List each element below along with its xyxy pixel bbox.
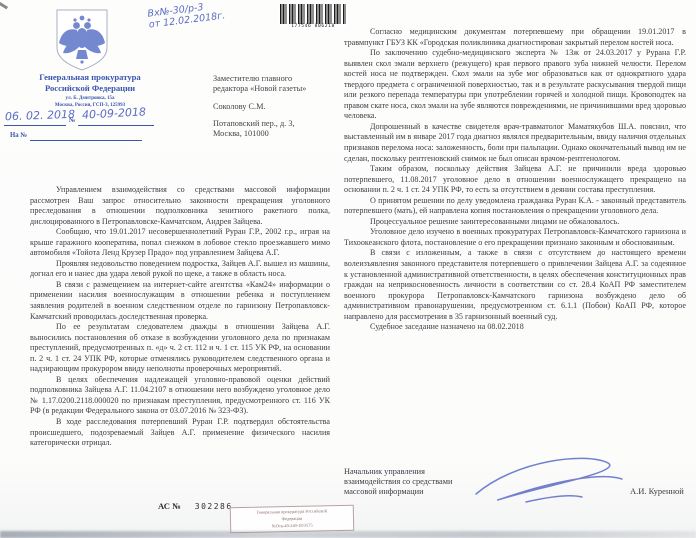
recipient-address-line2: Москва, 101000 bbox=[213, 129, 306, 139]
barcode-digits: 177546 806218 bbox=[279, 24, 347, 29]
recipient-address: Потаповский пер., д. 3, Москва, 101000 bbox=[213, 119, 306, 139]
signer-title: Начальник управления взаимодействия со с… bbox=[344, 467, 452, 498]
scanned-letter: Вх№-30/р-3 от 12.02.2018г. 177546 806218… bbox=[0, 0, 696, 538]
outgoing-number-handwriting: 40-09-2018 bbox=[82, 105, 147, 121]
body-paragraph: Управлением взаимодействия со средствами… bbox=[30, 185, 330, 227]
org-address: ул. Б. Дмитровка, 15а Москва, Россия, ГС… bbox=[10, 96, 170, 109]
body-paragraph: О принятом решении по делу уведомлена гр… bbox=[344, 196, 686, 217]
signer-name: А.И. Куренной bbox=[630, 486, 684, 496]
page2-body: Согласно медицинским документам потерпев… bbox=[344, 27, 686, 333]
body-paragraph: В связи с изложенным, а также в связи с … bbox=[344, 248, 686, 322]
blank-line bbox=[4, 125, 66, 126]
form-number-value: 302286 bbox=[195, 502, 233, 511]
blank-line bbox=[30, 140, 142, 141]
recipient-block: Заместителю главного редактора «Новой га… bbox=[213, 74, 306, 147]
body-paragraph: Таким образом, поскольку действия Зайцев… bbox=[344, 164, 686, 196]
recipient-line2: редактора «Новой газеты» bbox=[213, 84, 306, 94]
body-paragraph: Уголовное дело изучено в военных прокура… bbox=[344, 227, 686, 248]
org-name-line2: Российской Федерации bbox=[10, 83, 170, 94]
body-paragraph: Допрошенный в качестве свидетеля врач-тр… bbox=[344, 122, 686, 164]
body-paragraph: В целях обеспечения надлежащей уголовно-… bbox=[30, 375, 330, 417]
body-paragraph: По ее результатам следователем дважды в … bbox=[30, 322, 330, 375]
body-paragraph: Согласно медицинским документам потерпев… bbox=[344, 27, 686, 48]
signer-title-line3: массовой информации bbox=[344, 487, 452, 497]
recipient-address-line1: Потаповский пер., д. 3, bbox=[213, 119, 306, 129]
stamp-line3: №Отв-40-249-18/3575 bbox=[232, 521, 352, 530]
scan-artifact-mark bbox=[0, 2, 8, 10]
signer-title-line2: взаимодействия со средствами bbox=[344, 477, 452, 487]
blank-line bbox=[78, 125, 154, 126]
body-paragraph: Проявляя недовольство поведением подрост… bbox=[30, 259, 330, 280]
outgoing-date-handwriting: 06. 02. 2018 bbox=[5, 108, 75, 123]
form-number-line: АС №302286 bbox=[158, 501, 233, 511]
form-number-label: АС № bbox=[158, 501, 181, 511]
ref-number-label: На № bbox=[10, 132, 27, 139]
signer-title-line1: Начальник управления bbox=[344, 467, 452, 477]
scan-bottom-edge bbox=[0, 531, 696, 538]
coat-of-arms-russia-icon bbox=[54, 8, 110, 72]
signature-scribble bbox=[468, 450, 633, 512]
org-name-line1: Генеральная прокуратура bbox=[10, 72, 170, 83]
barcode-bars-icon bbox=[280, 4, 346, 24]
barcode: 177546 806218 bbox=[279, 4, 347, 29]
recipient-name: Соколову С.М. bbox=[213, 102, 306, 112]
number-sign: № bbox=[69, 117, 76, 124]
body-paragraph: По заключению судебно-медицинского экспе… bbox=[344, 48, 686, 122]
recipient-position: Заместителю главного редактора «Новой га… bbox=[213, 74, 306, 94]
body-paragraph: Судебное заседание назначено на 08.02.20… bbox=[344, 322, 686, 333]
body-paragraph: Процессуальное решение заинтересованными… bbox=[344, 217, 686, 228]
page1-body: Управлением взаимодействия со средствами… bbox=[30, 185, 330, 449]
body-paragraph: Сообщаю, что 19.01.2017 несовершеннолетн… bbox=[30, 227, 330, 259]
body-paragraph: В ходе расследования потерпевший Руран Г… bbox=[30, 417, 330, 449]
received-note-handwriting: Вх№-30/р-3 от 12.02.2018г. bbox=[147, 0, 226, 31]
org-name: Генеральная прокуратура Российской Федер… bbox=[10, 72, 170, 93]
registration-stamp: Генеральная прокуратура Российской Федер… bbox=[230, 505, 355, 534]
body-paragraph: В связи с размещением на интернет-сайте … bbox=[30, 280, 330, 322]
recipient-line1: Заместителю главного bbox=[213, 74, 306, 84]
